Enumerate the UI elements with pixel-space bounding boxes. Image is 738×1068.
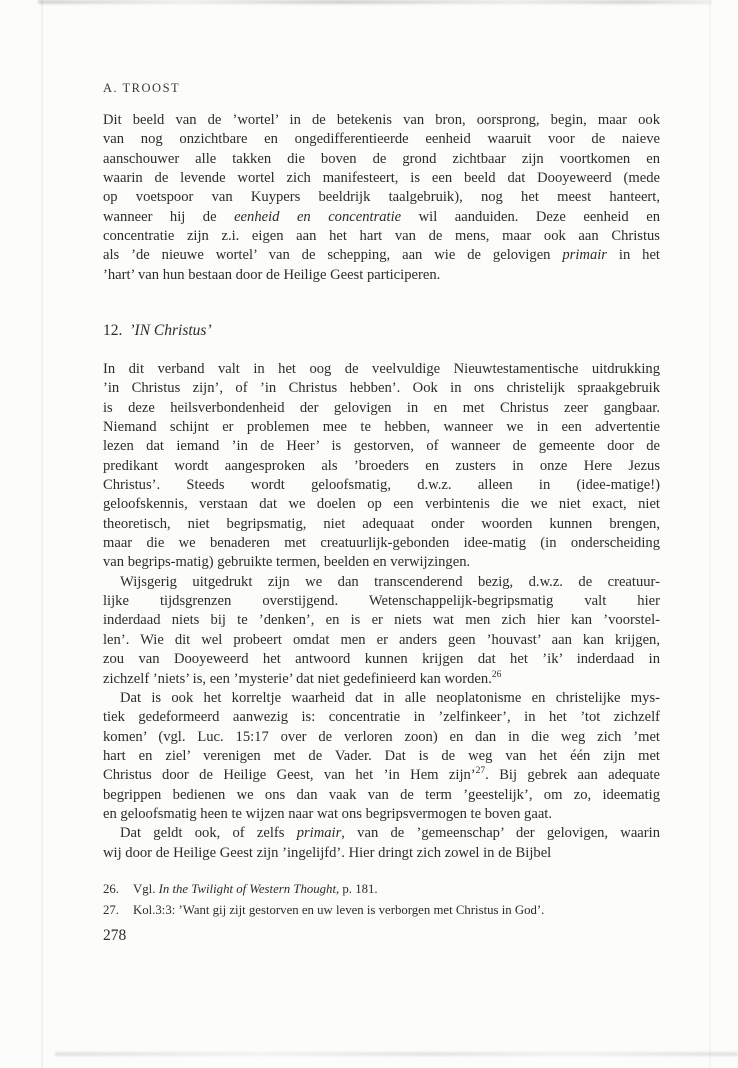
text-line: Dit beeld van de ’wortel’ in de betekeni…: [103, 111, 660, 130]
text-line: ’in Christus zijn’, of ’in Christus hebb…: [103, 379, 660, 398]
text-line: begrippen bedienen we ons dan vaak van d…: [103, 786, 660, 805]
scanned-page: A. TROOST Dit beeld van de ’wortel’ in d…: [0, 0, 738, 1068]
section-heading: 12.’IN Christus’: [103, 322, 212, 340]
text-line: als ’de nieuwe wortel’ van de schepping,…: [103, 246, 660, 265]
text-line: op voetspoor van Kuypers beeldrijk taalg…: [103, 188, 660, 207]
text-line: Dat geldt ook, of zelfs primair, van de …: [103, 824, 660, 843]
text-line: maar die we benaderen met creatuurlijk-g…: [103, 534, 660, 553]
footnote-text: Kol.3:3: ’Want gij zijt gestorven en uw …: [133, 900, 544, 921]
text-line: tiek gedeformeerd aanwezig is: concentra…: [103, 708, 660, 727]
text-line: hart en ziel’ verenigen met de Vader. Da…: [103, 747, 660, 766]
footnotes: 26.Vgl. In the Twilight of Western Thoug…: [103, 879, 660, 921]
text-line: aanschouwer alle takken die boven de gro…: [103, 150, 660, 169]
footnote-number: 26.: [103, 879, 133, 900]
text-line: In dit verband valt in het oog de veelvu…: [103, 360, 660, 379]
text-line: theoretisch, niet begripsmatig, niet ade…: [103, 515, 660, 534]
text-line: komen’ (vgl. Luc. 15:17 over de verloren…: [103, 728, 660, 747]
section-number: 12.: [103, 322, 122, 339]
scan-edge-right: [709, 0, 711, 1068]
footnote-text: Vgl. In the Twilight of Western Thought,…: [133, 879, 378, 900]
section-title: ’IN Christus’: [129, 322, 211, 339]
text-line: predikant wordt aangesproken als ’broede…: [103, 457, 660, 476]
text-line: lijke tijdsgrenzen overstijgend. Wetensc…: [103, 592, 660, 611]
text-line: len’. Wie dit wel probeert omdat men er …: [103, 631, 660, 650]
body-paragraphs: In dit verband valt in het oog de veelvu…: [103, 360, 660, 863]
text-line: van begrips-matig) gebruikte termen, bee…: [103, 553, 660, 572]
text-line: inderdaad niets bij te ’denken’, en is e…: [103, 611, 660, 630]
text-line: geloofskennis, verstaan dat we doelen op…: [103, 495, 660, 514]
scan-edge-left: [41, 0, 43, 1068]
text-line: is deze heilsverbondenheid der gelovigen…: [103, 399, 660, 418]
footnote: 26.Vgl. In the Twilight of Western Thoug…: [103, 879, 660, 900]
running-header: A. TROOST: [103, 81, 180, 96]
text-line: ’hart’ van hun bestaan door de Heilige G…: [103, 266, 660, 285]
page-number: 278: [103, 927, 126, 945]
scan-edge-top: [38, 0, 712, 4]
footnote-number: 27.: [103, 900, 133, 921]
text-line: concentratie zijn z.i. eigen aan het har…: [103, 227, 660, 246]
intro-paragraph: Dit beeld van de ’wortel’ in de betekeni…: [103, 111, 660, 285]
text-line: van nog onzichtbare en ongedifferentieer…: [103, 130, 660, 149]
text-line: wanneer hij de eenheid en concentratie w…: [103, 208, 660, 227]
scan-edge-bottom: [55, 1052, 738, 1056]
text-line: Wijsgerig uitgedrukt zijn we dan transce…: [103, 573, 660, 592]
text-line: lezen dat iemand ’in de Heer’ is gestorv…: [103, 437, 660, 456]
text-line: en geloofsmatig heen te wijzen naar wat …: [103, 805, 660, 824]
text-line: Christus door de Heilige Geest, van het …: [103, 766, 660, 785]
text-line: Dat is ook het korreltje waarheid dat in…: [103, 689, 660, 708]
text-line: zichzelf ’niets’ is, een ’mysterie’ dat …: [103, 670, 660, 689]
text-line: waarin de levende wortel zich manifestee…: [103, 169, 660, 188]
text-line: wij door de Heilige Geest zijn ’ingelijf…: [103, 844, 660, 863]
text-line: Christus’. Steeds wordt geloofsmatig, d.…: [103, 476, 660, 495]
text-line: zou van Dooyeweerd het antwoord kunnen k…: [103, 650, 660, 669]
footnote: 27.Kol.3:3: ’Want gij zijt gestorven en …: [103, 900, 660, 921]
text-line: Niemand schijnt er problemen mee te hebb…: [103, 418, 660, 437]
